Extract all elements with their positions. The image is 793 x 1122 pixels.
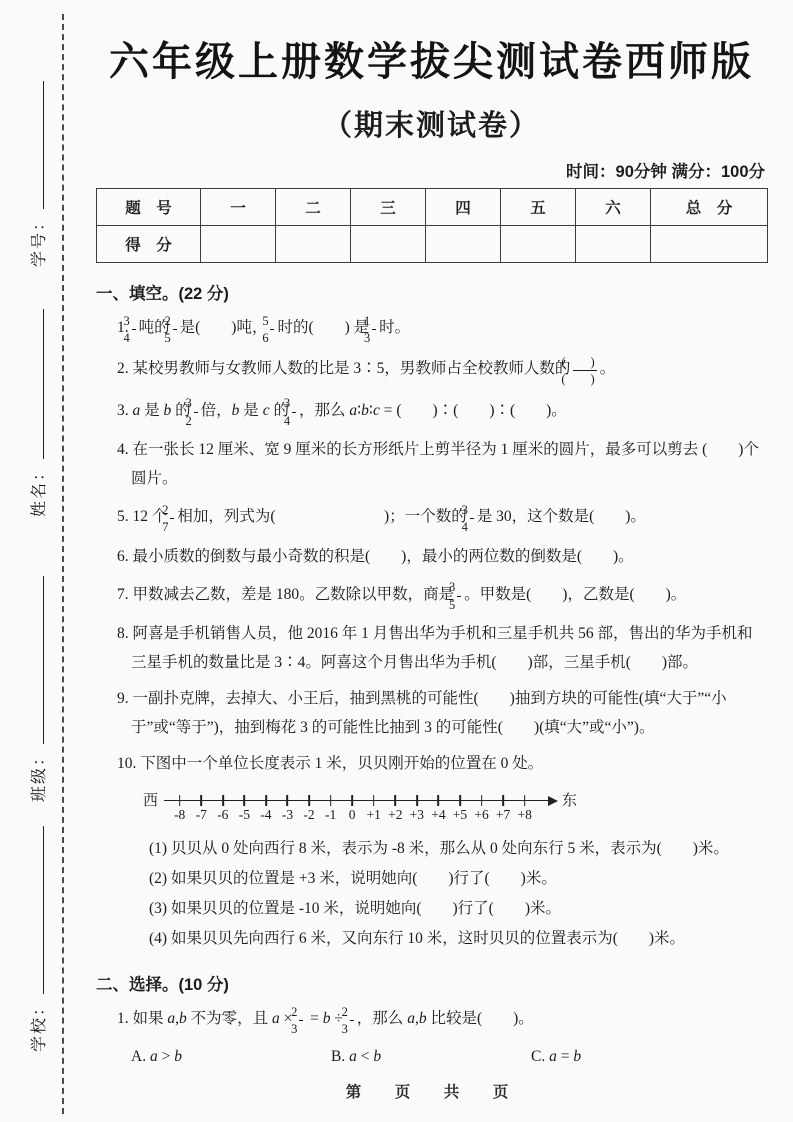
score-table-header-row: 题 号 一 二 三 四 五 六 总 分 (97, 189, 768, 226)
question-1: 1.34吨的25是( )吨，56时的( ) 是13时。 (117, 313, 767, 345)
fraction: 25 (173, 314, 177, 346)
tick-mark (459, 795, 461, 806)
score-cell (426, 226, 501, 263)
school-label: 学校： (31, 998, 48, 1052)
sub-question-2: (2) 如果贝贝的位置是 +3 米，说明她向( )行了( )米。 (117, 864, 767, 894)
score-col-header: 题 号 (97, 189, 201, 226)
tick-mark (330, 795, 332, 806)
score-cell (351, 226, 426, 263)
tick-label: +4 (431, 807, 445, 823)
question-8: 8. 阿喜是手机销售人员，他 2016 年 1 月售出华为手机和三星手机共 56… (117, 619, 767, 677)
page-title: 六年级上册数学拔尖测试卷西师版 (96, 30, 767, 87)
section2-heading: 二、选择。(10 分) (96, 971, 767, 995)
tick-label: -4 (260, 807, 271, 823)
question-7: 7. 甲数减去乙数，差是 180。乙数除以甲数，商是35。甲数是( )，乙数是(… (117, 580, 767, 612)
exam-page: 学号： 姓名： 班级： 学校： 六年级上册数学拔尖测试卷西师版 （期末测试卷） … (0, 0, 793, 1122)
score-cell (501, 226, 576, 263)
score-table: 题 号 一 二 三 四 五 六 总 分 得 分 (96, 188, 768, 263)
choice-options: A. a > b B. a < b C. a = b (131, 1048, 767, 1066)
option-b: B. a < b (331, 1048, 531, 1066)
fraction: 13 (372, 314, 376, 346)
section2-question-1: 1. 如果 a,b 不为零，且 a × 23 = b ÷ 23，那么 a,b 比… (117, 1004, 767, 1036)
tick-mark (287, 795, 289, 806)
section1-heading: 一、填空。(22 分) (96, 280, 767, 304)
score-cell (276, 226, 351, 263)
school-blank (30, 826, 44, 994)
fraction: 34 (292, 396, 296, 428)
tick-mark (222, 795, 224, 806)
school-field: 学校： (26, 826, 49, 1052)
page-subtitle: （期末测试卷） (96, 103, 767, 144)
score-row-label: 得 分 (97, 226, 201, 263)
fraction: 27 (170, 503, 174, 535)
tick-label: +5 (453, 807, 467, 823)
score-table-score-row: 得 分 (97, 226, 768, 263)
score-col-total: 总 分 (651, 189, 768, 226)
option-a: A. a > b (131, 1048, 331, 1066)
score-cell (651, 226, 768, 263)
class-field: 班级： (26, 576, 49, 802)
tick-label: -1 (325, 807, 336, 823)
fraction: 34 (470, 503, 474, 535)
student-name-label: 姓名： (31, 463, 48, 517)
tick-mark (265, 795, 267, 806)
student-name-field: 姓名： (26, 309, 49, 517)
score-col-6: 六 (576, 189, 651, 226)
question-10: 10. 下图中一个单位长度表示 1 米，贝贝刚开始的位置在 0 处。 (117, 749, 767, 778)
number-line-figure: 西 -8-7-6-5-4-3-2-10+1+2+3+4+5+6+7+8 东 (143, 788, 767, 832)
fraction: ( )( ) (573, 355, 596, 387)
page-footer: 第 页 共 页 (96, 1080, 767, 1102)
question-6: 6. 最小质数的倒数与最小奇数的积是( )，最小的两位数的倒数是( )。 (117, 542, 767, 571)
fraction: 34 (132, 314, 136, 346)
tick-label: -6 (217, 807, 228, 823)
score-col-4: 四 (426, 189, 501, 226)
question-3: 3. a 是 b 的32倍，b 是 c 的34，那么 a∶b∶c = ( )∶(… (117, 396, 767, 428)
tick-mark (351, 795, 353, 806)
paper-content: 六年级上册数学拔尖测试卷西师版 （期末测试卷） 时间：90分钟 满分：100分 … (96, 0, 767, 1102)
tick-label: +2 (388, 807, 402, 823)
axis-arrow-icon (548, 796, 558, 806)
tick-label: -8 (174, 807, 185, 823)
sub-question-1: (1) 贝贝从 0 处向西行 8 米，表示为 -8 米，那么从 0 处向东行 5… (117, 834, 767, 864)
tick-mark (373, 795, 375, 806)
question-4: 4. 在一张长 12 厘米、宽 9 厘米的长方形纸片上剪半径为 1 厘米的圆片，… (117, 435, 767, 493)
section2-questions: 1. 如果 a,b 不为零，且 a × 23 = b ÷ 23，那么 a,b 比… (96, 1004, 767, 1066)
tick-mark (502, 795, 504, 806)
fraction: 32 (194, 396, 198, 428)
tick-mark (308, 795, 310, 806)
tick-label: +1 (367, 807, 381, 823)
tick-mark (481, 795, 483, 806)
west-label: 西 (143, 788, 158, 814)
tick-mark (200, 795, 202, 806)
score-cell (576, 226, 651, 263)
tick-label: +3 (410, 807, 424, 823)
fraction: 35 (457, 580, 461, 612)
score-col-2: 二 (276, 189, 351, 226)
student-name-blank (30, 309, 44, 459)
student-id-blank (30, 81, 44, 209)
fraction: 56 (270, 314, 274, 346)
number-line-axis: -8-7-6-5-4-3-2-10+1+2+3+4+5+6+7+8 (164, 788, 556, 832)
option-c: C. a = b (531, 1048, 731, 1066)
student-id-field: 学号： (26, 81, 49, 267)
east-label: 东 (562, 788, 577, 814)
tick-mark (179, 795, 181, 806)
tick-mark (438, 795, 440, 806)
tick-mark (244, 795, 246, 806)
question-2: 2. 某校男教师与女教师人数的比是 3∶5，男教师占全校教师人数的( )( )。 (117, 354, 767, 386)
score-col-1: 一 (201, 189, 276, 226)
tick-label: 0 (349, 807, 356, 823)
class-blank (30, 576, 44, 744)
class-label: 班级： (31, 748, 48, 802)
tick-label: -7 (196, 807, 207, 823)
tick-label: -5 (239, 807, 250, 823)
tick-label: +8 (517, 807, 531, 823)
dashed-cut-line (62, 14, 64, 1114)
score-col-5: 五 (501, 189, 576, 226)
score-cell (201, 226, 276, 263)
tick-mark (416, 795, 418, 806)
sub-question-4: (4) 如果贝贝先向西行 6 米，又向东行 10 米，这时贝贝的位置表示为( )… (117, 924, 767, 954)
tick-mark (524, 795, 526, 806)
question-9: 9. 一副扑克牌，去掉大、小王后，抽到黑桃的可能性( )抽到方块的可能性(填“大… (117, 684, 767, 742)
student-id-label: 学号： (31, 213, 48, 267)
tick-label: -3 (282, 807, 293, 823)
tick-mark (394, 795, 396, 806)
tick-label: +7 (496, 807, 510, 823)
time-score-info: 时间：90分钟 满分：100分 (96, 158, 767, 182)
fraction: 23 (350, 1005, 354, 1037)
tick-label: +6 (474, 807, 488, 823)
question-5: 5. 12 个27相加，列式为( )；一个数的34是 30，这个数是( )。 (117, 502, 767, 534)
sub-question-3: (3) 如果贝贝的位置是 -10 米，说明她向( )行了( )米。 (117, 894, 767, 924)
tick-label: -2 (303, 807, 314, 823)
section1-questions: 1.34吨的25是( )吨，56时的( ) 是13时。 2. 某校男教师与女教师… (96, 313, 767, 954)
fraction: 23 (299, 1005, 303, 1037)
score-col-3: 三 (351, 189, 426, 226)
